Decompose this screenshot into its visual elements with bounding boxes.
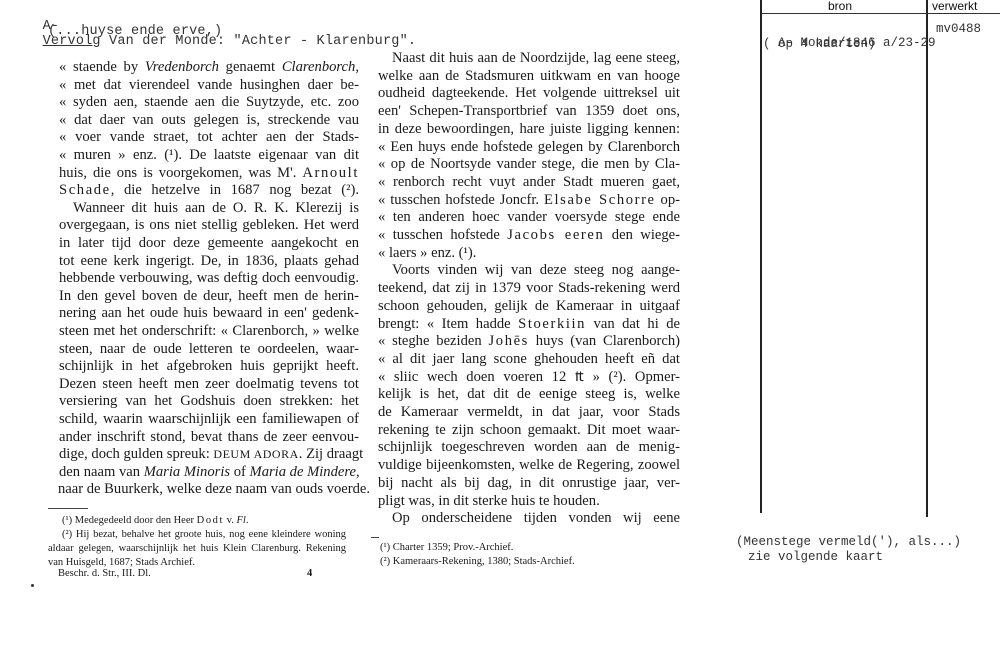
text-line: Naast dit huis aan de Noordzijde, lag ee… (392, 50, 680, 67)
text-line: « staende by Vredenborch genaemt Clarenb… (59, 59, 359, 76)
book-page-left-column: « staende by Vredenborch genaemt Clarenb… (59, 59, 359, 499)
text-segment: « sliic wech doen voeren 12 (378, 369, 575, 385)
footnotes-left: (¹) Medegedeeld door den Heer Dodt v. Fl… (48, 514, 346, 574)
styled-text: Fl (237, 515, 246, 526)
book-page-right-column: Naast dit huis aan de Noordzijde, lag ee… (378, 50, 680, 530)
column-header-bron: bron (828, 0, 852, 13)
card-header-subtitle: (...huyse ende erve,) (48, 24, 222, 39)
text-segment: « tusschen hofstede (378, 227, 507, 243)
text-line: aldaar gelegen, waarschijnlijk het huis … (48, 542, 346, 556)
text-line: naar de Buurkerk, welke deze naam van ou… (58, 481, 358, 498)
footnote-divider-left (48, 508, 88, 509)
styled-text: Johēs (489, 333, 529, 349)
text-segment: of (230, 464, 249, 480)
text-line: « sliic wech doen voeren 12 ₶ » (²). Opm… (378, 369, 680, 386)
text-line: Schade, die hetzelve in 1687 nog bezat (… (59, 182, 359, 199)
text-line: pligt was, in dit sterke huis te houden. (378, 493, 680, 510)
text-segment: van dat hi de (586, 316, 680, 332)
text-line: Wanneer dit huis aan de O. R. K. Klerezi… (73, 200, 359, 217)
table-border-middle (926, 0, 928, 517)
footnote-divider-right (371, 537, 379, 538)
text-line: « ten anderen hoec vander voersyde stege… (378, 209, 680, 226)
text-line: « muren » enz. (¹). De laatste eigenaar … (59, 147, 359, 164)
scan-speck (31, 584, 34, 587)
text-line: (¹) Charter 1359; Prov.-Archief. (380, 541, 680, 555)
text-line: in deze bewoordingen, hare juiste liggin… (378, 121, 680, 138)
text-line: « voer vande straet, tot achter aen der … (59, 129, 359, 146)
page-number: 4 (307, 568, 312, 579)
text-segment: ₶ (575, 369, 584, 385)
text-line: steen, naar de oude letteren te oordeele… (59, 341, 359, 358)
text-line: vuldige bijeenkomsten, welke de Regering… (378, 457, 680, 474)
text-segment: « steghe beziden (378, 333, 489, 349)
text-line: « Een huys ende hofstede gelegen by Clar… (378, 139, 680, 156)
text-segment: v. (224, 515, 236, 526)
text-line: « steghe beziden Johēs huys (van Clarenb… (378, 333, 680, 350)
text-line: schild, waarin waarschijnlijk een famili… (59, 411, 359, 428)
text-segment: den naam van (59, 464, 144, 480)
text-segment: . Zij draagt (299, 446, 363, 462)
text-segment: op- (656, 192, 680, 208)
styled-text: Dodt (197, 515, 224, 526)
column-header-verwerkt: verwerkt (932, 0, 977, 13)
text-line: « laers » enz. (¹). (378, 245, 680, 262)
text-line: huis, die ons is voorgekomen, was M'. Ar… (59, 165, 359, 182)
text-line: brengt: « Item hadde Stoerkiin van dat h… (378, 316, 680, 333)
styled-text: DEUM ADORA (213, 447, 298, 461)
text-line: « dat daer van outs gelegen is, strecken… (59, 112, 359, 129)
text-line: In den gevel boven de deur, heeft men de… (59, 288, 359, 305)
text-line: kelijk is het, dat dit de eenige steeg i… (378, 386, 680, 403)
styled-text: Maria de Mindere (250, 464, 356, 480)
text-segment: (¹) Medegedeeld door den Heer (62, 515, 197, 526)
text-line: « met dat vierendeel vande husinghen dae… (59, 77, 359, 94)
styled-text: Elsabe Schorre (544, 192, 656, 208)
styled-text: Schade (59, 182, 111, 198)
text-line: schijnlijk toegeschreven worden aan de m… (378, 439, 680, 456)
text-segment: , (356, 464, 360, 480)
text-segment: » (²). Opmer- (584, 369, 680, 385)
table-border-left (760, 0, 762, 513)
text-line: een' Schepen-Transportbrief van 1359 doe… (378, 103, 680, 120)
text-line: teekend, dat zij in 1379 voor Stads-reke… (378, 280, 680, 297)
text-line: « op de Noortsyde vander stege, die men … (378, 156, 680, 173)
text-segment: , (355, 59, 359, 75)
styled-text: Maria Minoris (144, 464, 230, 480)
table-cell-bron-line2: ( op 4 kaarten) (763, 37, 876, 51)
text-segment: huis, die ons is voorgekomen, was M'. (59, 165, 302, 181)
footnotes-right: (¹) Charter 1359; Prov.-Archief.(²) Kame… (380, 541, 680, 573)
text-line: « renborch recht vuyt ander Stadt mueren… (378, 174, 680, 191)
text-segment: . (246, 515, 249, 526)
text-line: nering aan het oude huis bewaard in een'… (59, 305, 359, 322)
note-line-2: zie volgende kaart (748, 550, 883, 564)
text-line: welke aan de Stadsmuren uitkwam en van h… (378, 68, 680, 85)
text-line: overgegaan, is ons niet stellig gebleken… (59, 217, 359, 234)
text-line: de Kameraar vermeldt, in dat jaar, voor … (378, 404, 680, 421)
text-line: (²) Kameraars-Rekening, 1380; Stads-Arch… (380, 555, 680, 569)
text-line: in later tijd door deze gemeente aangeko… (59, 235, 359, 252)
text-line: « syden aen, staende aen die Suytzyde, e… (59, 94, 359, 111)
text-line: « al dit jaer lang scone ghehouden heeft… (378, 351, 680, 368)
text-segment: genaemt (219, 59, 282, 75)
table-header-underline (761, 13, 1000, 14)
text-segment: den wiege- (604, 227, 680, 243)
table-cell-verwerkt: mv0488 (936, 22, 981, 36)
text-line: oudheid dagteekende. Het volgende uittre… (378, 85, 680, 102)
text-line: bij nacht als bij dag, in dit onrustige … (378, 475, 680, 492)
note-line-1: (Meenstege vermeld('), als...) (736, 535, 961, 549)
text-segment: huys (van Clarenborch) (529, 333, 680, 349)
text-line: Dezen steen heeft men zeer doelmatig tev… (59, 376, 359, 393)
text-line: Op onderscheidene tijden vonden wij eene (392, 510, 680, 527)
styled-text: Jacobs eeren (507, 227, 604, 243)
styled-text: Vredenborch (145, 59, 219, 75)
styled-text: Clarenborch (282, 59, 356, 75)
text-line: « tusschen hofstede Joncfr. Elsabe Schor… (378, 192, 680, 209)
text-segment: « staende by (59, 59, 145, 75)
text-line: (¹) Medegedeeld door den Heer Dodt v. Fl… (62, 514, 346, 528)
text-line: « tusschen hofstede Jacobs eeren den wie… (378, 227, 680, 244)
text-segment: brengt: « Item hadde (378, 316, 518, 332)
styled-text: Stoerkiin (518, 316, 586, 332)
text-line: ander inschrift stond, bevat thans de ze… (59, 429, 359, 446)
text-line: tot eene kerk ingerigt. De, in 1836, pla… (59, 253, 359, 270)
text-line: steen met het onderschrift: « Clarenborc… (59, 323, 359, 340)
text-segment: « tusschen hofstede Joncfr. (378, 192, 544, 208)
text-line: hebbende verbouwing, was deftig doch een… (59, 270, 359, 287)
page-signature: Beschr. d. Str., III. Dl. (58, 568, 151, 579)
text-line: schijnlijk in het afgebroken huis geprij… (59, 358, 359, 375)
styled-text: Arnoult (302, 165, 359, 181)
text-segment: , die hetzelve in 1687 nog bezat (²). (111, 182, 359, 198)
text-line: den naam van Maria Minoris of Maria de M… (59, 464, 359, 481)
text-line: versiering van het Godshuis doen strekke… (59, 393, 359, 410)
text-segment: dige, doch gulden spreuk: (59, 446, 213, 462)
text-line: rekening te zijn schoon gemaakt. Dit moe… (378, 422, 680, 439)
text-line: (²) Hij bezat, behalve het groote huis, … (62, 528, 346, 542)
text-line: Voorts vinden wij van deze steeg nog aan… (392, 262, 680, 279)
text-line: schoon gehouden, gelijk de Kameraar in u… (378, 298, 680, 315)
text-line: dige, doch gulden spreuk: DEUM ADORA. Zi… (59, 446, 359, 463)
